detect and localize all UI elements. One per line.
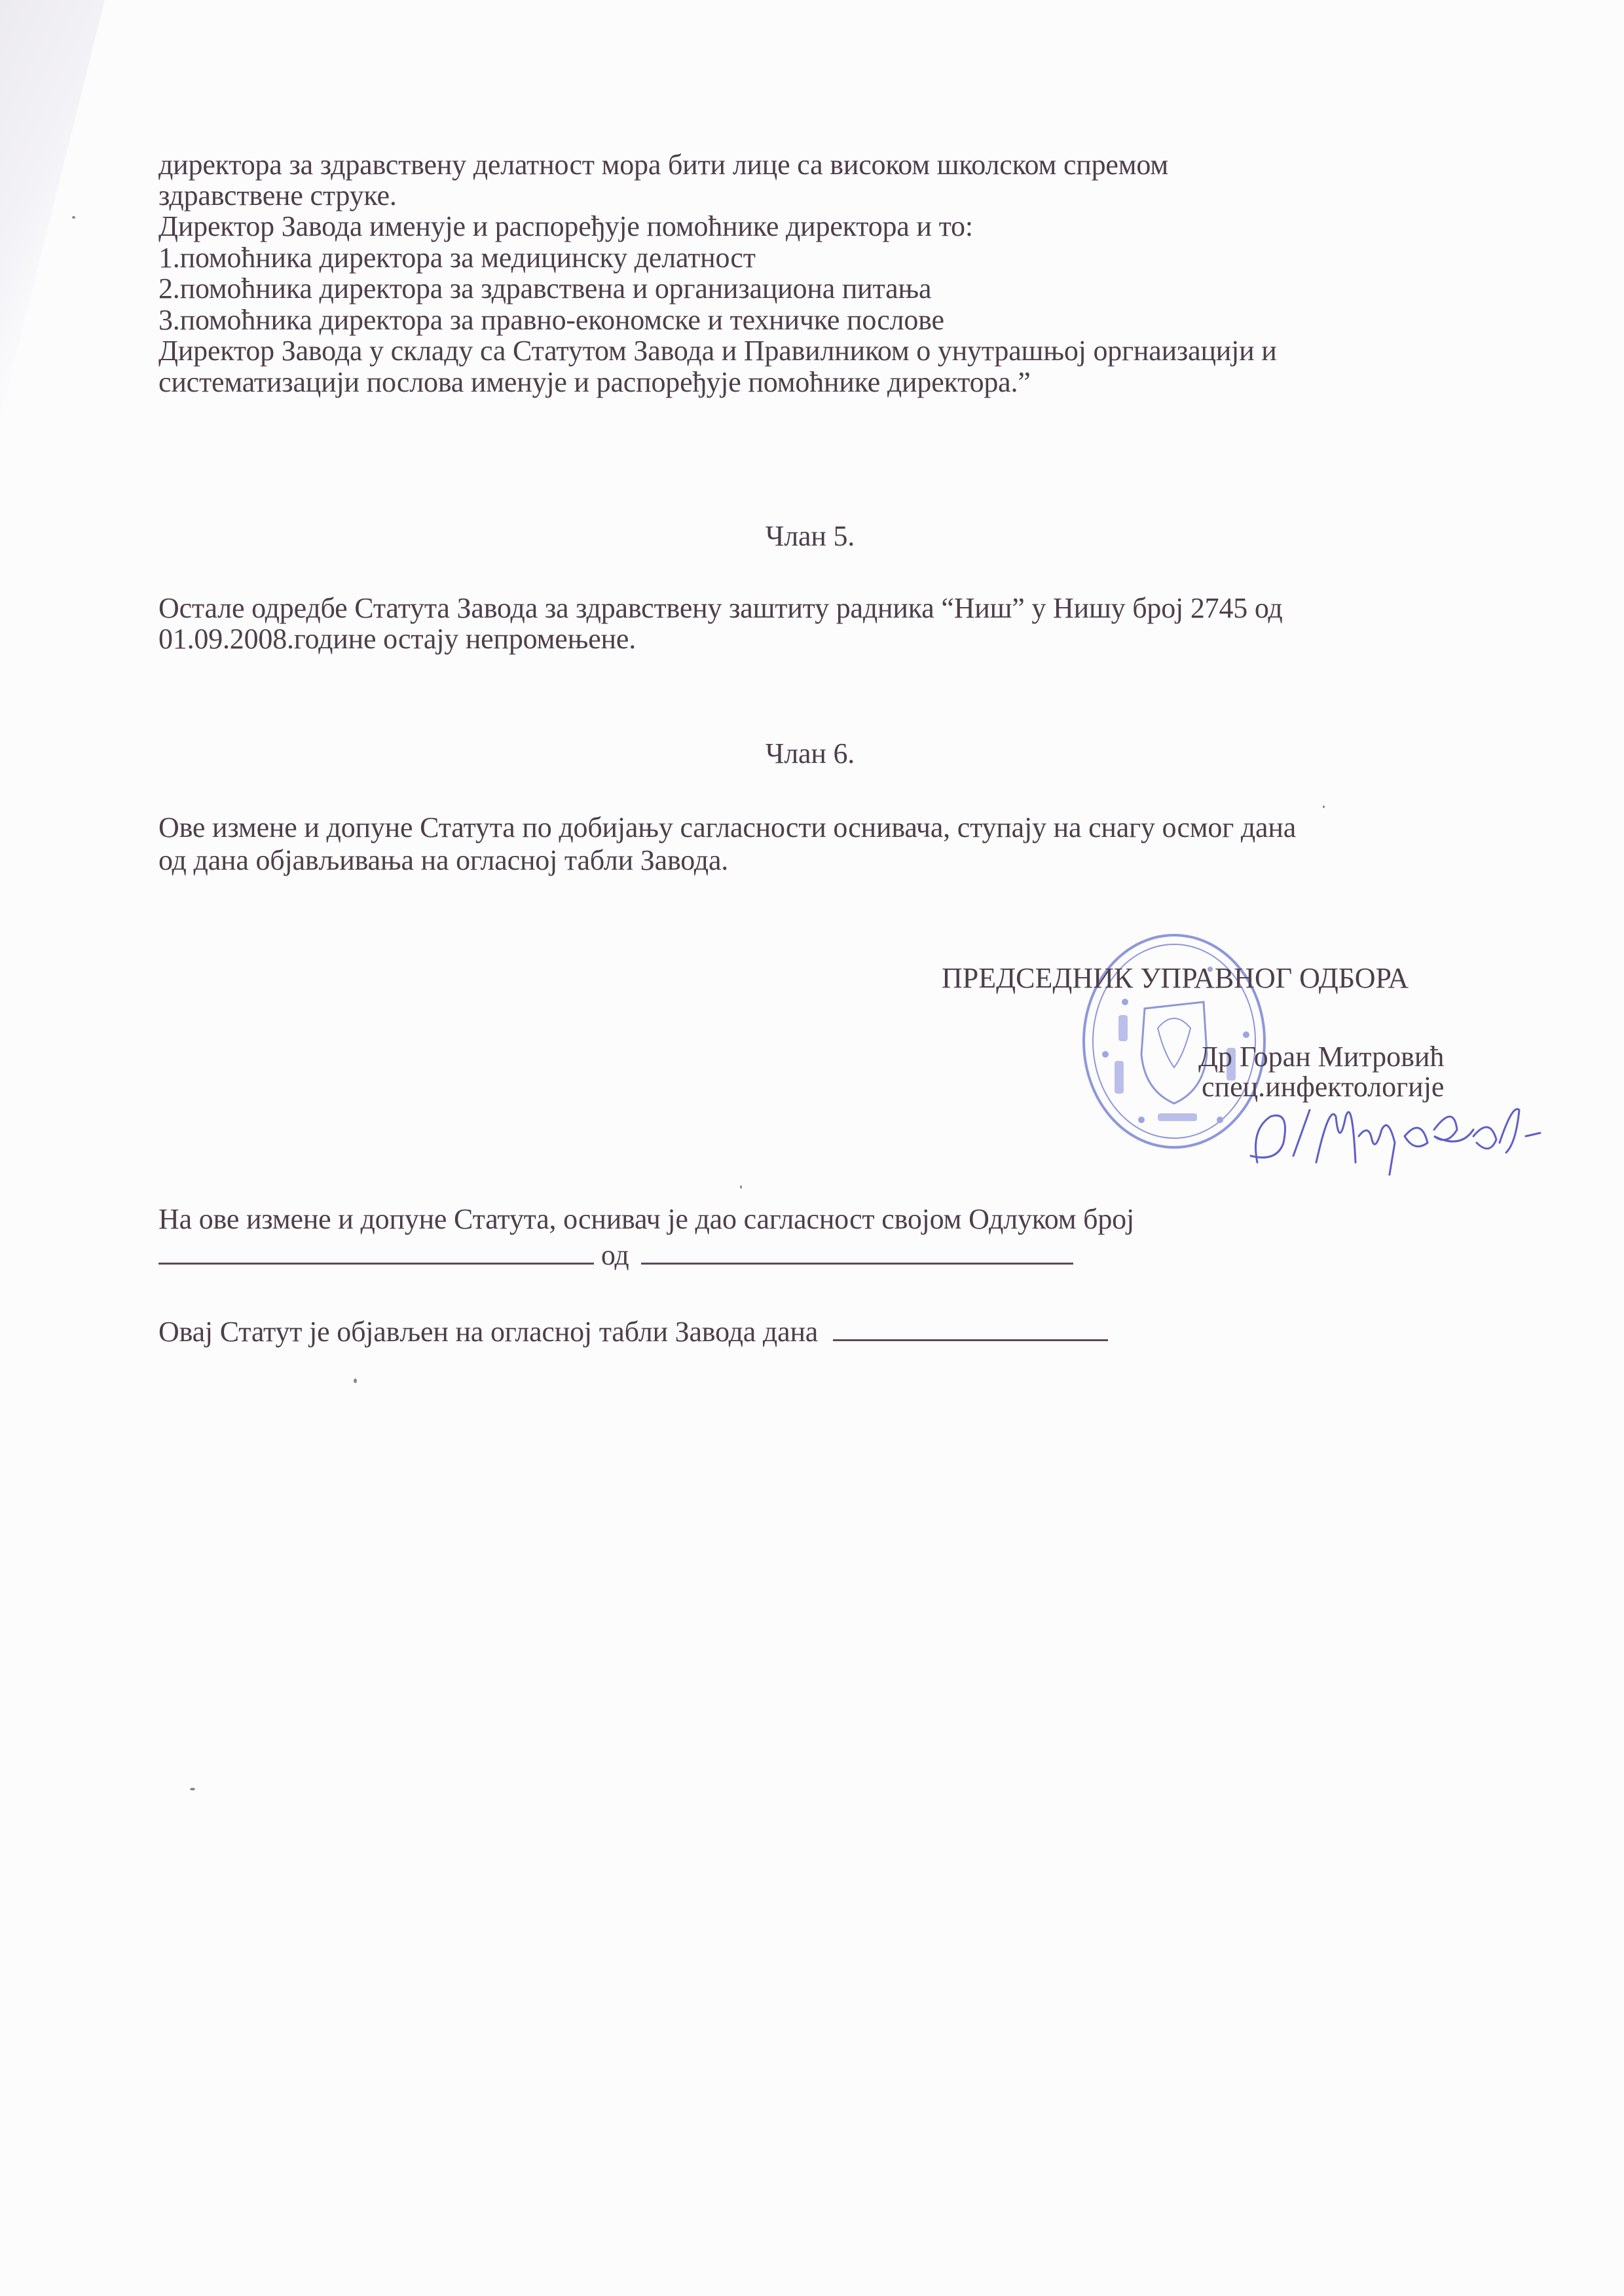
article-6-line-1: Ове измене и допуне Статута по добијању … [158, 812, 1296, 843]
article-5-line-1: Остале одредбе Статута Завода за здравст… [158, 593, 1283, 624]
published-row: Овај Статут је објављен на огласној табл… [158, 1316, 1108, 1348]
intro-line-8: систематизацији послова именује и распор… [158, 367, 1031, 398]
consent-text: На ове измене и допуне Статута, оснивач … [158, 1204, 1134, 1235]
scan-speck [1323, 805, 1325, 808]
list-item-1: 1.помоћника директора за медицинску дела… [158, 242, 756, 274]
article-6-line-2: од дана објављивања на огласној табли За… [158, 845, 728, 876]
scan-speck [354, 1379, 357, 1383]
article-6-heading-text: Члан 6. [766, 737, 855, 769]
intro-line-1: директора за здравствену делатност мора … [158, 149, 1168, 181]
list-item-3: 3.помоћника директора за правно-економск… [158, 305, 944, 336]
list-item-2: 2.помоћника директора за здравствена и о… [158, 273, 931, 305]
article-6-heading: Члан 6. [0, 738, 1624, 769]
scan-speck [190, 1788, 195, 1790]
consent-od-label: од [601, 1239, 629, 1271]
intro-line-2: здравствене струке. [158, 180, 397, 212]
published-date-blank[interactable] [833, 1317, 1108, 1341]
decision-number-blank[interactable] [158, 1240, 594, 1265]
article-5-line-2: 01.09.2008.године остају непромењене. [158, 623, 636, 655]
intro-line-7: Директор Завода у складу са Статутом Зав… [158, 335, 1277, 367]
published-text: Овај Статут је објављен на огласној табл… [158, 1316, 818, 1348]
article-5-heading: Члан 5. [0, 521, 1624, 552]
intro-line-3: Директор Завода именује и распоређује по… [158, 211, 973, 242]
signatory-name: Др Горан Митровић [1198, 1041, 1444, 1073]
scan-shadow [0, 0, 105, 419]
signature-title: ПРЕДСЕДНИК УПРАВНОГ ОДБОРА [942, 963, 1409, 994]
scan-speck [740, 1185, 742, 1189]
handwritten-signature-icon [1238, 1090, 1545, 1176]
scan-speck [72, 216, 75, 219]
consent-blanks-row: од [158, 1240, 1073, 1271]
decision-date-blank[interactable] [641, 1240, 1073, 1265]
article-5-heading-text: Члан 5. [766, 520, 855, 552]
